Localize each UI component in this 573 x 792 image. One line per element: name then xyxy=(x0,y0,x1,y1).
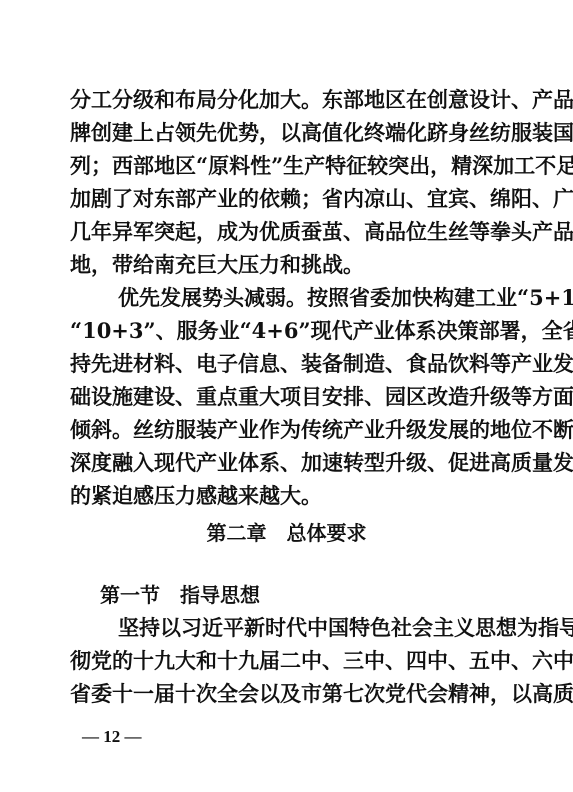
text-line: 分工分级和布局分化加大。东部地区在创意设计、产品开发和品 xyxy=(70,85,506,115)
text-line: “10+3”、服务业“4+6”现代产业体系决策部署，全省重点支 xyxy=(70,316,506,346)
chapter-title: 第二章 总体要求 xyxy=(0,518,573,548)
text-line: 坚持以习近平新时代中国特色社会主义思想为指导，深入贯 xyxy=(118,613,506,643)
text-line: 倾斜。丝纺服装产业作为传统产业升级发展的地位不断降低，在 xyxy=(70,415,506,445)
page-number: — 12 — xyxy=(82,726,142,748)
text-line: 的紧迫感压力感越来越大。 xyxy=(70,481,506,511)
text-line: 彻党的十九大和十九届二中、三中、四中、五中、六中全会精神、 xyxy=(70,646,506,676)
text-line: 优先发展势头减弱。按照省委加快构建工业“5+1”、农业 xyxy=(118,283,506,313)
text-line: 础设施建设、重点重大项目安排、园区改造升级等方面给予政策 xyxy=(70,382,506,412)
text-line: 持先进材料、电子信息、装备制造、食品饮料等产业发展，在基 xyxy=(70,349,506,379)
section-title: 第一节 指导思想 xyxy=(100,580,260,610)
text-line: 省委十一届十次全会以及市第七次党代会精神，以高质量发展为 xyxy=(70,679,506,709)
text-line: 加剧了对东部产业的依赖；省内凉山、宜宾、绵阳、广安等地近 xyxy=(70,184,506,214)
text-line: 牌创建上占领先优势，以高值化终端化跻身丝纺服装国际一流行 xyxy=(70,118,506,148)
text-line: 几年异军突起，成为优质蚕茧、高品位生丝等拳头产品供给支柱 xyxy=(70,217,506,247)
text-line: 地，带给南充巨大压力和挑战。 xyxy=(70,250,506,280)
text-line: 深度融入现代产业体系、加速转型升级、促进高质量发展等方面 xyxy=(70,448,506,478)
text-line: 列；西部地区“原料性”生产特征较突出，精深加工不足等短板 xyxy=(70,151,506,181)
document-page: 分工分级和布局分化加大。东部地区在创意设计、产品开发和品 牌创建上占领先优势，以… xyxy=(0,0,573,792)
